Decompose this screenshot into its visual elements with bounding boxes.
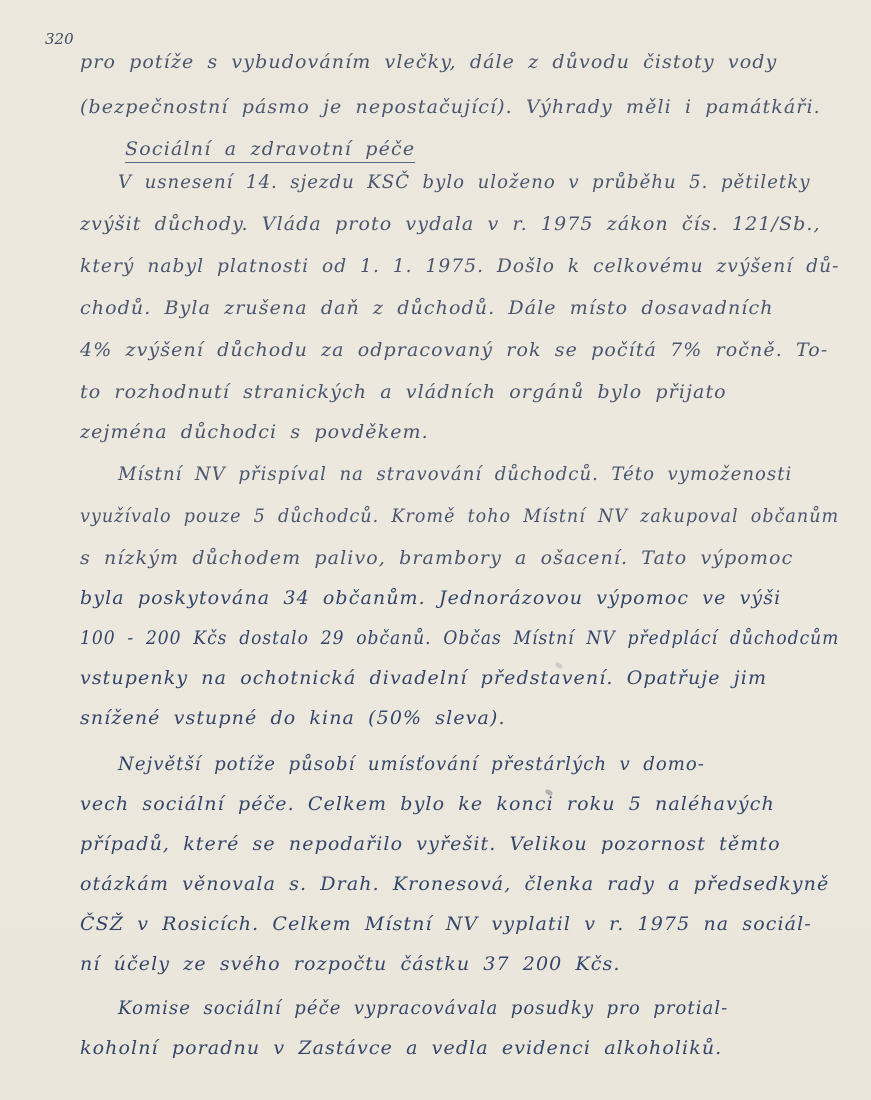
text-line-3: V usnesení 14. sjezdu KSČ bylo uloženo v…	[118, 170, 840, 194]
text-line-11: využívalo pouze 5 důchodců. Kromě toho M…	[80, 504, 781, 528]
text-line-22: ní účely ze svého rozpočtu částku 37 200…	[80, 952, 840, 976]
section-heading: Sociální a zdravotní péče	[125, 138, 415, 163]
handwritten-page: 320 pro potíže s vybudováním vlečky, dál…	[0, 0, 871, 1100]
text-line-23: Komise sociální péče vypracovávala posud…	[118, 996, 840, 1020]
text-line-18: vech sociální péče. Celkem bylo ke konci…	[80, 792, 840, 816]
text-line-13: byla poskytována 34 občanům. Jednorázovo…	[80, 586, 840, 610]
text-line-16: snížené vstupné do kina (50% sleva).	[80, 706, 840, 730]
text-line-14: 100 - 200 Kčs dostalo 29 občanů. Občas M…	[80, 626, 763, 650]
text-line-20: otázkám věnovala s. Drah. Kronesová, čle…	[80, 872, 840, 896]
text-line-5: který nabyl platnosti od 1. 1. 1975. Doš…	[80, 254, 823, 278]
text-line-4: zvýšit důchody. Vláda proto vydala v r. …	[80, 212, 840, 236]
text-line-21: ČSŽ v Rosicích. Celkem Místní NV vyplati…	[80, 912, 840, 936]
text-line-12: s nízkým důchodem palivo, brambory a oša…	[80, 546, 840, 570]
text-line-19: případů, které se nepodařilo vyřešit. Ve…	[80, 832, 840, 856]
text-line-17: Největší potíže působí umísťování přestá…	[118, 752, 840, 776]
text-line-6: chodů. Byla zrušena daň z důchodů. Dále …	[80, 296, 840, 320]
text-line-9: zejména důchodci s povděkem.	[80, 420, 840, 444]
page-number: 320	[45, 30, 74, 48]
text-line-8: to rozhodnutí stranických a vládních org…	[80, 380, 840, 404]
text-line-2: (bezpečnostní pásmo je nepostačující). V…	[80, 95, 840, 119]
text-line-10: Místní NV přispíval na stravování důchod…	[118, 462, 840, 486]
text-line-1: pro potíže s vybudováním vlečky, dále z …	[80, 50, 840, 74]
text-line-15: vstupenky na ochotnická divadelní předst…	[80, 666, 840, 690]
text-line-24: koholní poradnu v Zastávce a vedla evide…	[80, 1036, 840, 1060]
text-line-7: 4% zvýšení důchodu za odpracovaný rok se…	[80, 338, 840, 362]
